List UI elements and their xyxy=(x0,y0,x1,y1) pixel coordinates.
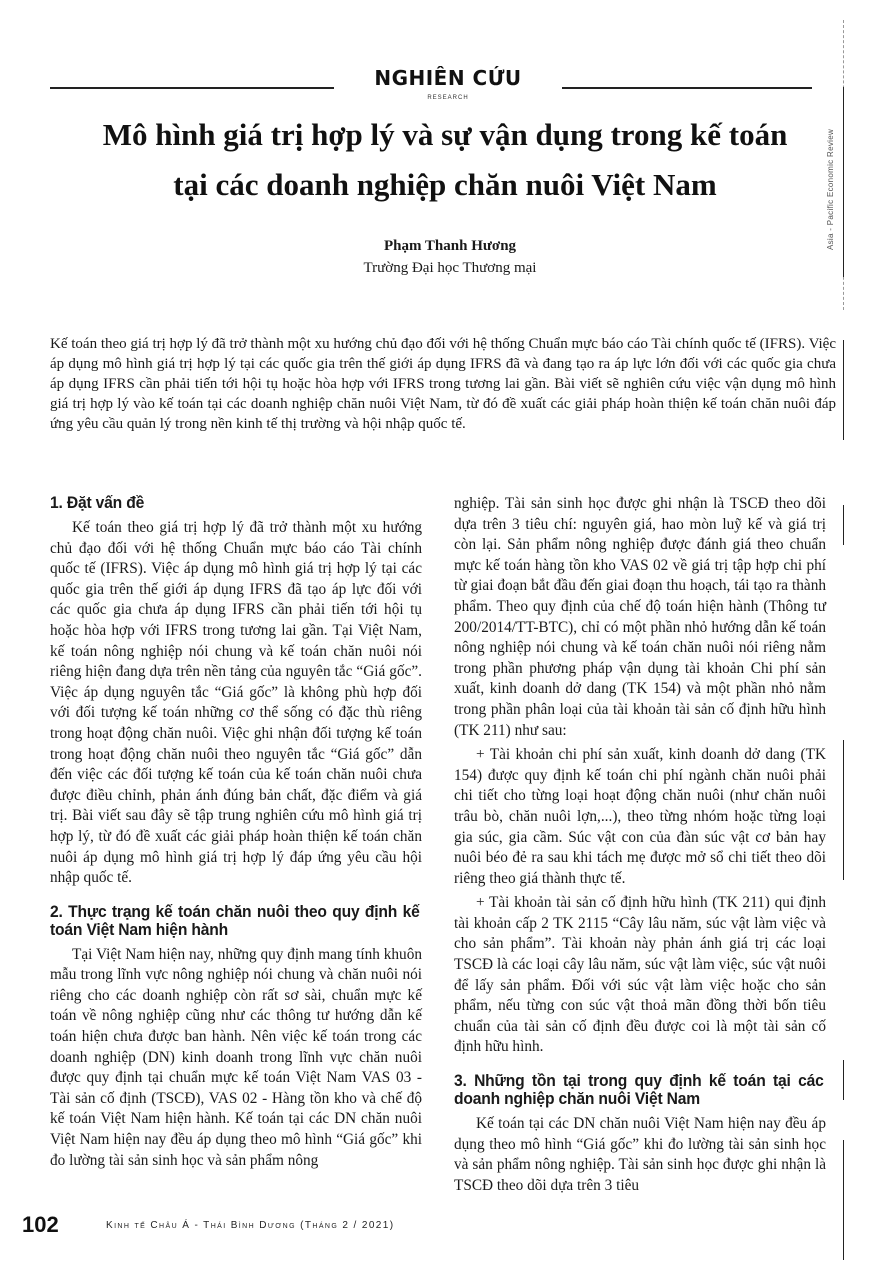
paragraph: Tại Việt Nam hiện nay, những quy định ma… xyxy=(50,945,422,1172)
title-line-1: Mô hình giá trị hợp lý và sự vận dụng tr… xyxy=(60,110,830,160)
side-rule xyxy=(843,87,844,277)
header-rule-left xyxy=(50,87,334,89)
column-left: 1. Đặt vấn đề Kế toán theo giá trị hợp l… xyxy=(50,494,422,1171)
author-name: Phạm Thanh Hương xyxy=(300,235,600,257)
side-rule xyxy=(843,505,844,545)
section-heading-1: 1. Đặt vấn đề xyxy=(50,494,420,512)
side-rule xyxy=(843,740,844,880)
paragraph: Kế toán theo giá trị hợp lý đã trở thành… xyxy=(50,518,422,889)
author-block: Phạm Thanh Hương Trường Đại học Thương m… xyxy=(300,235,600,279)
section-heading-3: 3. Những tồn tại trong quy định kế toán … xyxy=(454,1072,824,1108)
footer-journal-issue: Kinh tế Châu Á - Thái Bình Dương (Tháng … xyxy=(106,1220,394,1231)
side-rule xyxy=(843,1140,844,1260)
section-heading-2: 2. Thực trạng kế toán chăn nuôi theo quy… xyxy=(50,903,420,939)
paragraph: nghiệp. Tài sản sinh học được ghi nhận l… xyxy=(454,494,826,741)
bullet-paragraph: + Tài khoản chi phí sản xuất, kinh doanh… xyxy=(454,745,826,889)
page-number: 102 xyxy=(22,1212,59,1238)
column-right: nghiệp. Tài sản sinh học được ghi nhận l… xyxy=(454,494,826,1196)
abstract: Kế toán theo giá trị hợp lý đã trở thành… xyxy=(50,334,836,434)
side-rule xyxy=(843,1060,844,1100)
article-title: Mô hình giá trị hợp lý và sự vận dụng tr… xyxy=(60,110,830,210)
header-rule-right xyxy=(562,87,812,89)
author-affiliation: Trường Đại học Thương mại xyxy=(300,257,600,279)
section-subtag: RESEARCH xyxy=(334,95,562,101)
paragraph: Kế toán tại các DN chăn nuôi Việt Nam hi… xyxy=(454,1114,826,1196)
title-line-2: tại các doanh nghiệp chăn nuôi Việt Nam xyxy=(60,160,830,210)
bullet-paragraph: + Tài khoản tài sản cố định hữu hình (TK… xyxy=(454,893,826,1058)
section-tag: NGHIÊN CỨU xyxy=(334,66,562,90)
side-rule xyxy=(843,340,844,440)
